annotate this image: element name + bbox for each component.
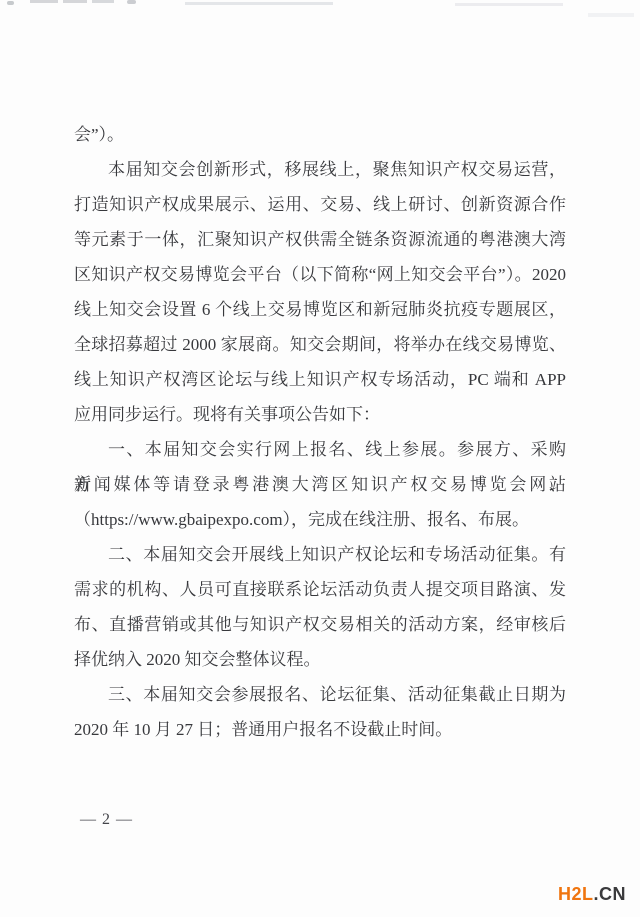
watermark-suffix: .CN bbox=[594, 884, 627, 904]
text-line: 会”）。 bbox=[74, 117, 566, 152]
scanned-document-page: 会”）。 本届知交会创新形式，移展线上，聚焦知识产权交易运营， 打造知识产权成果… bbox=[0, 0, 640, 917]
text-line: 三、本届知交会参展报名、论坛征集、活动征集截止日期为 bbox=[74, 677, 566, 712]
text-line: 择优纳入 2020 知交会整体议程。 bbox=[74, 642, 566, 677]
text-line: 打造知识产权成果展示、运用、交易、线上研讨、创新资源合作 bbox=[74, 187, 566, 222]
text-line: 区知识产权交易博览会平台（以下简称“网上知交会平台”）。2020 bbox=[74, 257, 566, 292]
scan-artifact bbox=[63, 0, 87, 3]
text-line: 一、本届知交会实行网上报名、线上参展。参展方、采购方、 bbox=[74, 432, 566, 467]
scan-artifact bbox=[30, 0, 58, 3]
scan-artifact bbox=[92, 0, 114, 3]
scan-artifact bbox=[455, 3, 563, 6]
page-number: — 2 — bbox=[80, 811, 133, 829]
text-line: 应用同步运行。现将有关事项公告如下： bbox=[74, 397, 566, 432]
watermark-brand: H2L bbox=[558, 884, 594, 904]
text-line: 全球招募超过 2000 家展商。知交会期间，将举办在线交易博览、 bbox=[74, 327, 566, 362]
scan-artifact bbox=[7, 1, 14, 5]
text-line: 2020 年 10 月 27 日；普通用户报名不设截止时间。 bbox=[74, 712, 566, 747]
scan-artifact bbox=[185, 2, 333, 5]
text-line: 需求的机构、人员可直接联系论坛活动负责人提交项目路演、发 bbox=[74, 572, 566, 607]
text-line: 布、直播营销或其他与知识产权交易相关的活动方案，经审核后 bbox=[74, 607, 566, 642]
text-line: （https://www.gbaipexpo.com），完成在线注册、报名、布展… bbox=[74, 502, 566, 537]
document-body: 会”）。 本届知交会创新形式，移展线上，聚焦知识产权交易运营， 打造知识产权成果… bbox=[74, 117, 566, 747]
text-line: 线上知识产权湾区论坛与线上知识产权专场活动，PC 端和 APP bbox=[74, 362, 566, 397]
watermark: H2L.CN bbox=[558, 884, 626, 905]
scan-artifact bbox=[127, 0, 136, 4]
text-line: 本届知交会创新形式，移展线上，聚焦知识产权交易运营， bbox=[74, 152, 566, 187]
text-line: 等元素于一体，汇聚知识产权供需全链条资源流通的粤港澳大湾 bbox=[74, 222, 566, 257]
text-line: 二、本届知交会开展线上知识产权论坛和专场活动征集。有 bbox=[74, 537, 566, 572]
text-line: 新闻媒体等请登录粤港澳大湾区知识产权交易博览会网站 bbox=[74, 467, 566, 502]
scan-artifact bbox=[588, 13, 634, 17]
text-line: 线上知交会设置 6 个线上交易博览区和新冠肺炎抗疫专题展区， bbox=[74, 292, 566, 327]
